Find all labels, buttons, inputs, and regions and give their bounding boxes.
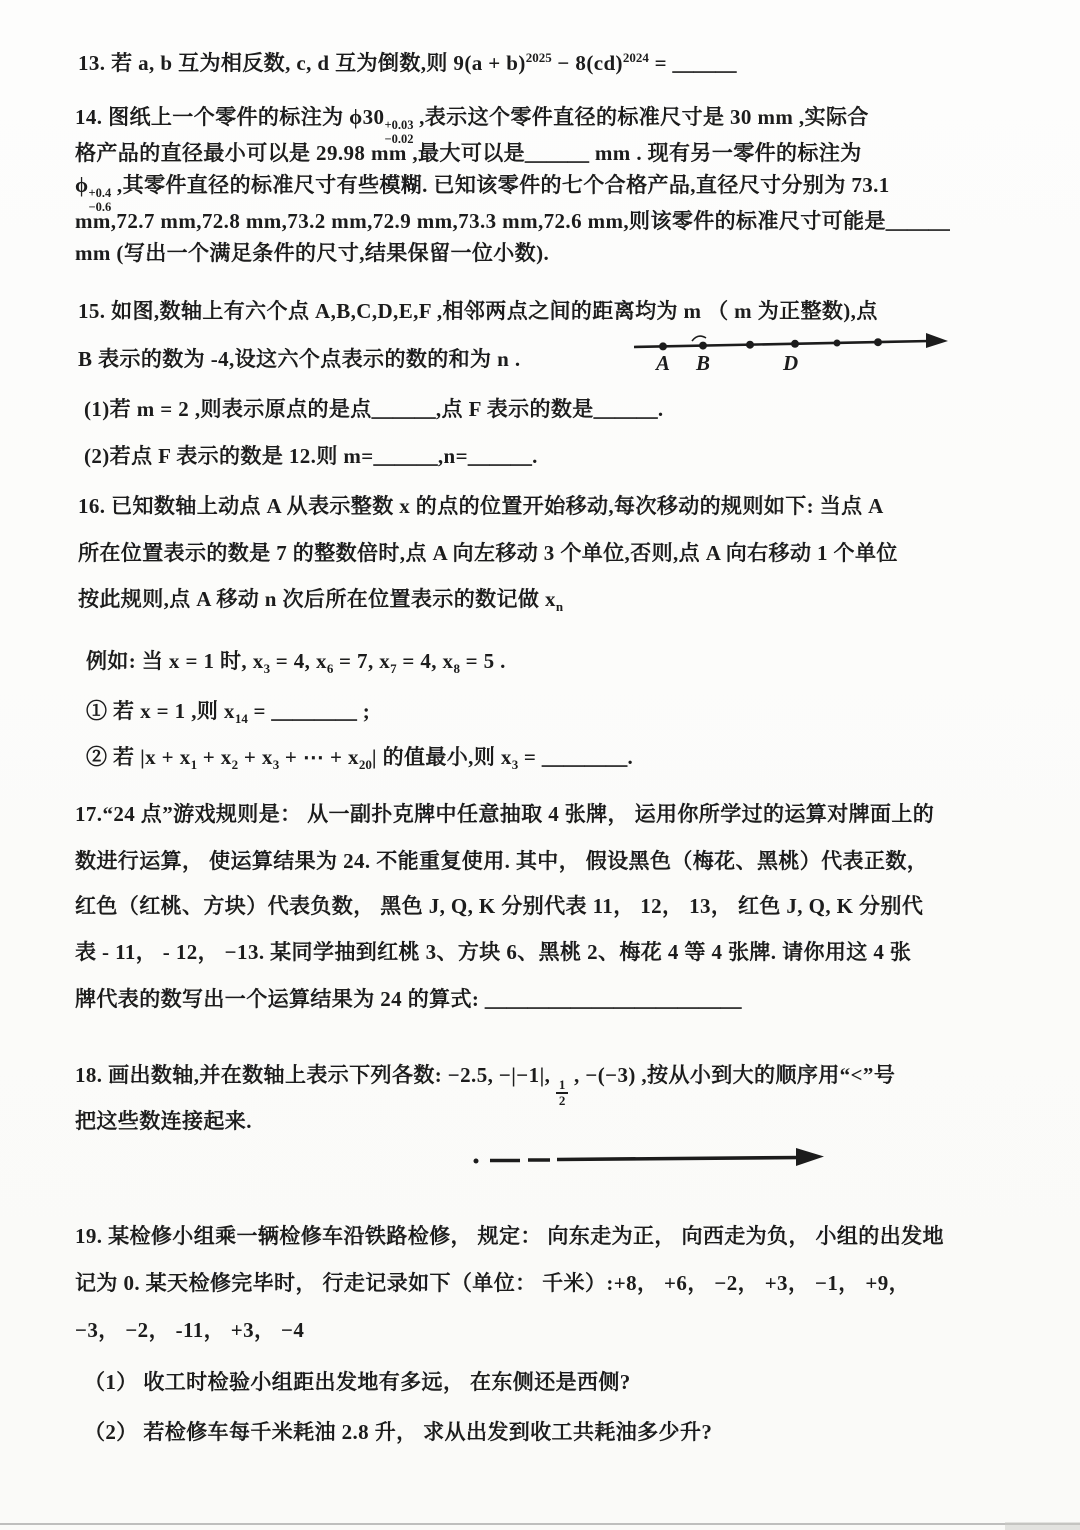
question-15-part-1: (1)若 m = 2 ,则表示原点的是点＿＿＿,点 F 表示的数是＿＿＿.	[84, 396, 664, 422]
q16-item2-period: .	[628, 745, 634, 769]
q13-answer-blank: ＿＿＿	[673, 51, 737, 75]
scan-edge-shadow	[1005, 1522, 1080, 1530]
q15-part1-text: (1)若 m = 2 ,则表示原点的是点＿＿＿,点 F 表示的数是＿＿＿.	[84, 397, 664, 421]
q14-text-1a: 14. 图纸上一个零件的标注为 ϕ30	[75, 105, 384, 129]
q15-part2-text: (2)若点 F 表示的数是 12.则 m=＿＿＿,n=＿＿＿.	[84, 444, 538, 468]
question-14-line-4: mm,72.7 mm,72.8 mm,73.2 mm,72.9 mm,73.3 …	[75, 208, 950, 234]
q16-item2-text: + x	[197, 745, 232, 769]
q14-max-blank: ＿＿＿	[525, 141, 589, 165]
q19-text-3: −3， −2， -11， +3， −4	[75, 1318, 304, 1342]
point-D-label: D	[782, 351, 798, 374]
q16-example-text: = 4, x	[270, 649, 327, 673]
question-19-line-3: −3， −2， -11， +3， −4	[75, 1317, 304, 1343]
q15-numberline-figure: A B D	[630, 316, 952, 374]
q14-text-2b: mm . 现有另一零件的标注为	[589, 141, 861, 165]
point-E-dot	[834, 340, 841, 347]
q16-example-text: = 7, x	[333, 649, 390, 673]
question-17-line-2: 数进行运算， 使运算结果为 24. 不能重复使用. 其中， 假设黑色（梅花、黑桃…	[75, 848, 928, 874]
question-19-line-2: 记为 0. 某天检修完毕时， 行走记录如下（单位： 千米）:+8， +6， −2…	[75, 1270, 910, 1296]
q14-text-5: mm (写出一个满足条件的尺寸,结果保留一位小数).	[75, 241, 549, 265]
question-16-item-1: ① 若 x = 1 ,则 x14 = ＿＿＿＿ ;	[86, 698, 370, 727]
q14-text-3b: ,其零件直径的标准尺寸有些模糊. 已知该零件的七个合格产品,直径尺寸分别为 73…	[111, 173, 889, 197]
q16-subscript-n: n	[556, 599, 563, 614]
point-B-label: B	[695, 351, 710, 374]
q16-example-text: 例如: 当 x = 1 时, x	[86, 649, 264, 673]
q17-text-3: 红色（红桃、方块）代表负数， 黑色 J, Q, K 分别代表 11， 12， 1…	[75, 894, 923, 918]
question-16-line-1: 16. 已知数轴上动点 A 从表示整数 x 的点的位置开始移动,每次移动的规则如…	[78, 493, 884, 519]
q16-item2-text: ② 若 |x + x	[86, 745, 191, 769]
q14-text-2a: 格产品的直径最小可以是 29.98 mm ,最大可以是	[75, 141, 525, 165]
q19-text-2: 记为 0. 某天检修完毕时， 行走记录如下（单位： 千米）:+8， +6， −2…	[75, 1271, 910, 1295]
q16-example-text: = 4, x	[397, 649, 454, 673]
q16-text-3: 按此规则,点 A 移动 n 次后所在位置表示的数记做 x	[78, 587, 556, 611]
q14-text-1b: ,表示这个零件直径的标准尺寸是 30 mm ,实际合	[413, 105, 868, 129]
q18-text-1a: 18. 画出数轴,并在数轴上表示下列各数: −2.5, −|−1|,	[75, 1063, 556, 1087]
point-A-label: A	[654, 351, 670, 374]
axis-line	[557, 1158, 802, 1160]
q17-text-5: 牌代表的数写出一个运算结果为 24 的算式:	[75, 987, 485, 1011]
numberline-arrowhead-icon	[926, 333, 948, 348]
question-17-line-1: 17.“24 点”游戏规则是： 从一副扑克牌中任意抽取 4 张牌， 运用你所学过…	[75, 801, 934, 827]
question-18-line-1: 18. 画出数轴,并在数轴上表示下列各数: −2.5, −|−1|, 12 , …	[75, 1062, 895, 1107]
question-16-example: 例如: 当 x = 1 时, x3 = 4, x6 = 7, x7 = 4, x…	[86, 648, 506, 677]
question-15-line-2: B 表示的数为 -4,设这六个点表示的数的和为 n .	[78, 346, 520, 372]
question-15-part-2: (2)若点 F 表示的数是 12.则 m=＿＿＿,n=＿＿＿.	[84, 443, 538, 469]
q18-numberline-arrow	[462, 1140, 834, 1178]
q16-text-1: 16. 已知数轴上动点 A 从表示整数 x 的点的位置开始移动,每次移动的规则如…	[78, 494, 884, 518]
question-17-line-5: 牌代表的数写出一个运算结果为 24 的算式: ＿＿＿＿＿＿＿＿＿＿＿＿	[75, 986, 742, 1012]
q14-phi: ϕ	[75, 173, 89, 197]
question-17-line-3: 红色（红桃、方块）代表负数， 黑色 J, Q, K 分别代表 11， 12， 1…	[75, 893, 923, 919]
q19-part1-text: （1） 收工时检验小组距出发地有多远， 在东侧还是西侧?	[84, 1370, 631, 1394]
tolerance-upper: +0.03	[384, 118, 413, 132]
point-A-dot	[659, 342, 667, 350]
fraction-one-half: 12	[556, 1078, 569, 1107]
q17-text-2: 数进行运算， 使运算结果为 24. 不能重复使用. 其中， 假设黑色（梅花、黑桃…	[75, 849, 928, 873]
q17-expression-blank: ＿＿＿＿＿＿＿＿＿＿＿＿	[485, 987, 742, 1011]
question-16-item-2: ② 若 |x + x1 + x2 + x3 + ⋯ + x20| 的值最小,则 …	[86, 744, 633, 773]
numberline-axis	[634, 341, 930, 347]
q16-item2-text: + ⋯ + x	[279, 745, 359, 769]
fraction-numerator: 1	[556, 1078, 569, 1094]
q16-item1-text: ① 若 x = 1 ,则 x	[86, 699, 235, 723]
question-19-part-1: （1） 收工时检验小组距出发地有多远， 在东侧还是西侧?	[84, 1369, 631, 1395]
pen-mark	[692, 336, 706, 341]
q13-text: 13. 若 a, b 互为相反数, c, d 互为倒数,则 9(a + b)	[78, 51, 526, 75]
point-C-dot	[746, 341, 754, 349]
point-F-dot	[874, 338, 882, 346]
question-18-line-2: 把这些数连接起来.	[75, 1108, 252, 1134]
pen-dot	[474, 1159, 479, 1164]
point-B-dot	[699, 342, 707, 350]
q13-exponent-2024: 2024	[623, 50, 649, 65]
q16-example-text: = 5 .	[460, 649, 506, 673]
q15-text-2: B 表示的数为 -4,设这六个点表示的数的和为 n .	[78, 347, 520, 371]
subscript-14: 14	[235, 711, 248, 726]
question-17-line-4: 表 - 11， - 12， −13. 某同学抽到红桃 3、方块 6、黑桃 2、梅…	[75, 939, 911, 965]
q16-item2-text: | 的值最小,则 x	[372, 745, 512, 769]
q13-equals: =	[649, 51, 673, 75]
question-14-line-5: mm (写出一个满足条件的尺寸,结果保留一位小数).	[75, 240, 549, 266]
q16-item1-semicolon: ;	[357, 699, 370, 723]
q14-size-blank: ＿＿＿	[886, 209, 950, 233]
q16-item2-blank: ＿＿＿＿	[542, 745, 628, 769]
q16-item2-eq: =	[518, 745, 542, 769]
point-D-dot	[791, 340, 799, 348]
q13-text-mid: − 8(cd)	[552, 51, 623, 75]
question-16-line-2: 所在位置表示的数是 7 的整数倍时,点 A 向左移动 3 个单位,否则,点 A …	[78, 540, 898, 566]
q18-text-2: 把这些数连接起来.	[75, 1109, 252, 1133]
q13-exponent-2025: 2025	[526, 50, 552, 65]
question-16-line-3: 按此规则,点 A 移动 n 次后所在位置表示的数记做 xn	[78, 586, 563, 615]
arrowhead-icon	[796, 1148, 824, 1166]
question-14-line-2: 格产品的直径最小可以是 29.98 mm ,最大可以是＿＿＿ mm . 现有另一…	[75, 140, 862, 166]
question-13: 13. 若 a, b 互为相反数, c, d 互为倒数,则 9(a + b)20…	[78, 50, 737, 76]
q18-text-1b: , −(−3) ,按从小到大的顺序用“<”号	[568, 1063, 895, 1087]
q16-item1-blank: ＿＿＿＿	[272, 699, 358, 723]
question-19-part-2: （2） 若检修车每千米耗油 2.8 升， 求从出发到收工共耗油多少升?	[84, 1419, 712, 1445]
q19-text-1: 19. 某检修小组乘一辆检修车沿铁路检修， 规定： 向东走为正， 向西走为负， …	[75, 1224, 944, 1248]
q16-item2-text: + x	[238, 745, 273, 769]
subscript-20: 20	[359, 757, 372, 772]
q19-part2-text: （2） 若检修车每千米耗油 2.8 升， 求从出发到收工共耗油多少升?	[84, 1420, 712, 1444]
fraction-denominator: 2	[556, 1094, 569, 1108]
document-page: 13. 若 a, b 互为相反数, c, d 互为倒数,则 9(a + b)20…	[0, 0, 1080, 1530]
tolerance-upper: +0.4	[89, 186, 112, 200]
q16-text-2: 所在位置表示的数是 7 的整数倍时,点 A 向左移动 3 个单位,否则,点 A …	[78, 541, 898, 565]
scan-edge-line	[0, 1523, 1080, 1525]
q16-item1-eq: =	[248, 699, 272, 723]
q17-text-4: 表 - 11， - 12， −13. 某同学抽到红桃 3、方块 6、黑桃 2、梅…	[75, 940, 911, 964]
question-19-line-1: 19. 某检修小组乘一辆检修车沿铁路检修， 规定： 向东走为正， 向西走为负， …	[75, 1223, 944, 1249]
q14-text-4a: mm,72.7 mm,72.8 mm,73.2 mm,72.9 mm,73.3 …	[75, 209, 886, 233]
q17-text-1: 17.“24 点”游戏规则是： 从一副扑克牌中任意抽取 4 张牌， 运用你所学过…	[75, 802, 934, 826]
